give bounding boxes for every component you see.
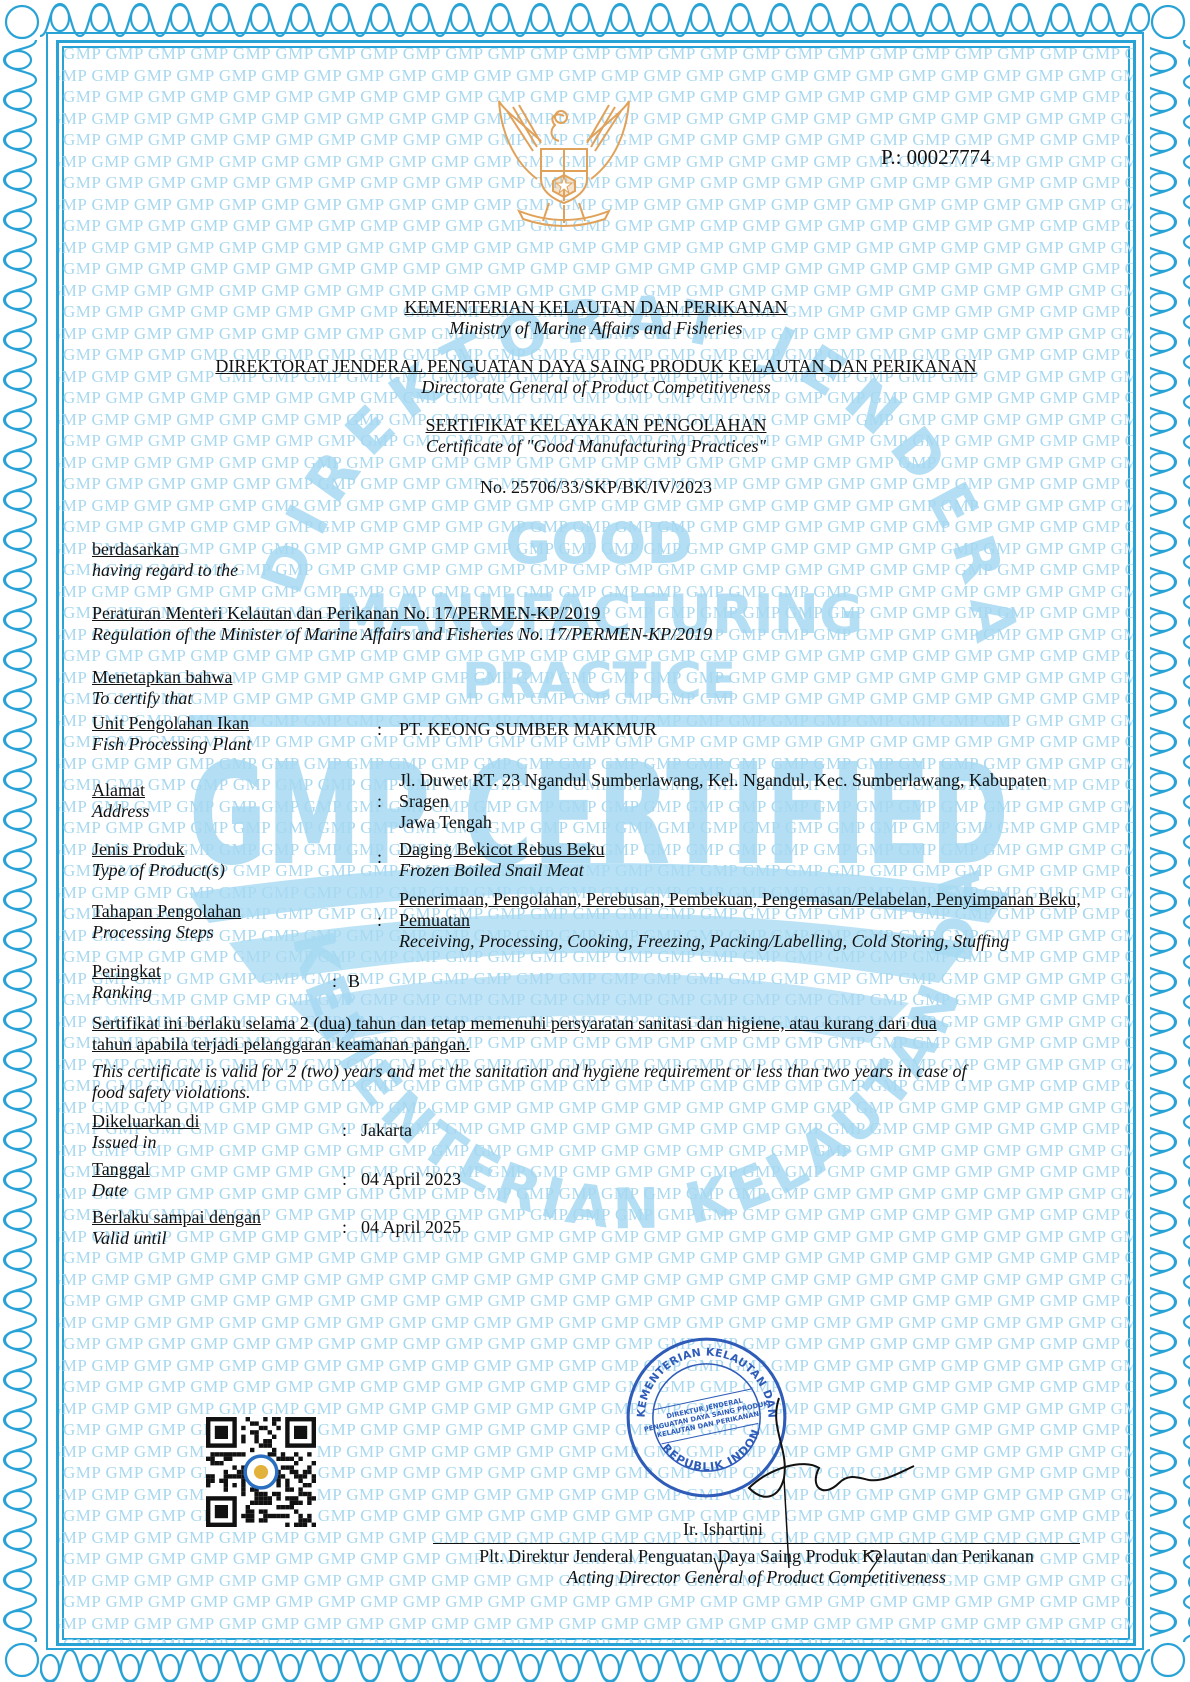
- certificate-number: No. 25706/33/SKP/BK/IV/2023: [59, 477, 1133, 498]
- regulation-id: Peraturan Menteri Kelautan dan Perikanan…: [92, 603, 712, 624]
- basis-label-id: berdasarkan: [92, 539, 238, 560]
- steps-value-id-1: Penerimaan, Pengolahan, Perebusan, Pembe…: [399, 889, 1081, 910]
- field-ranking: Peringkat Ranking : B: [92, 961, 1112, 1005]
- address-label-id: Alamat: [92, 780, 149, 801]
- ministry-name-id: KEMENTERIAN KELAUTAN DAN PERIKANAN: [59, 297, 1133, 318]
- product-value-en: Frozen Boiled Snail Meat: [399, 860, 604, 881]
- steps-value-id-2: Pemuatan: [399, 910, 1081, 931]
- address-line-2: Sragen: [399, 791, 1047, 812]
- field-issued-in: Dikeluarkan di Issued in : Jakarta: [92, 1111, 592, 1155]
- steps-value-en: Receiving, Processing, Cooking, Freezing…: [399, 931, 1081, 952]
- validity-id-1: Sertifikat ini berlaku selama 2 (dua) ta…: [92, 1013, 1102, 1034]
- steps-label-en: Processing Steps: [92, 922, 241, 943]
- ranking-label-id: Peringkat: [92, 961, 1112, 982]
- signatory-title-en: Acting Director General of Product Compe…: [429, 1567, 1084, 1588]
- basis-label-en: having regard to the: [92, 560, 238, 581]
- validity-id-2: tahun apabila terjadi pelanggaran keaman…: [92, 1034, 1102, 1055]
- validity-en-2: food safety violations.: [92, 1082, 1102, 1103]
- field-date: Tanggal Date : 04 April 2023: [92, 1159, 592, 1203]
- svg-text:PRACTICE: PRACTICE: [462, 652, 736, 710]
- certify-label-id: Menetapkan bahwa: [92, 667, 232, 688]
- field-processing-steps: Tahapan Pengolahan Processing Steps : Pe…: [92, 889, 1132, 955]
- serial-number: P.: 00027774: [881, 147, 991, 168]
- issued-place: Jakarta: [361, 1120, 412, 1141]
- ranking-label-en: Ranking: [92, 982, 1112, 1003]
- regulation-en: Regulation of the Minister of Marine Aff…: [92, 624, 712, 645]
- field-address: Alamat Address : Jl. Duwet RT. 23 Ngandu…: [92, 770, 1112, 836]
- field-product: Jenis Produk Type of Product(s) : Daging…: [92, 839, 1112, 883]
- plant-value: PT. KEONG SUMBER MAKMUR: [399, 719, 657, 740]
- signatory-name: Ir. Ishartini: [683, 1519, 763, 1540]
- field-plant: Unit Pengolahan Ikan Fish Processing Pla…: [92, 713, 1112, 757]
- validity-en-1: This certificate is valid for 2 (two) ye…: [92, 1061, 1102, 1082]
- field-valid-until: Berlaku sampai dengan Valid until : 04 A…: [92, 1207, 592, 1251]
- ranking-value: B: [348, 971, 360, 992]
- signatory-title-id: Plt. Direktur Jenderal Penguatan Daya Sa…: [429, 1546, 1084, 1567]
- certificate-title-en: Certificate of "Good Manufacturing Pract…: [59, 436, 1133, 457]
- ministry-name-en: Ministry of Marine Affairs and Fisheries: [59, 318, 1133, 339]
- product-value-id: Daging Bekicot Rebus Beku: [399, 839, 604, 860]
- directorate-name-id: DIREKTORAT JENDERAL PENGUATAN DAYA SAING…: [59, 356, 1133, 377]
- garuda-emblem-icon: [489, 91, 639, 231]
- valid-until-date: 04 April 2025: [361, 1217, 461, 1238]
- certify-label-en: To certify that: [92, 688, 232, 709]
- steps-label-id: Tahapan Pengolahan: [92, 901, 241, 922]
- certificate-body: GMP GMP GMP GMP GMP GMP GMP GMP GMP GMP …: [56, 40, 1136, 1646]
- address-label-en: Address: [92, 801, 149, 822]
- address-line-3: Jawa Tengah: [399, 812, 1047, 833]
- directorate-name-en: Directorate General of Product Competiti…: [59, 377, 1133, 398]
- qr-code[interactable]: [206, 1417, 316, 1527]
- svg-text:GOOD: GOOD: [505, 512, 693, 577]
- address-line-1: Jl. Duwet RT. 23 Ngandul Sumberlawang, K…: [399, 770, 1047, 791]
- issue-date: 04 April 2023: [361, 1169, 461, 1190]
- certificate-title-id: SERTIFIKAT KELAYAKAN PENGOLAHAN: [59, 415, 1133, 436]
